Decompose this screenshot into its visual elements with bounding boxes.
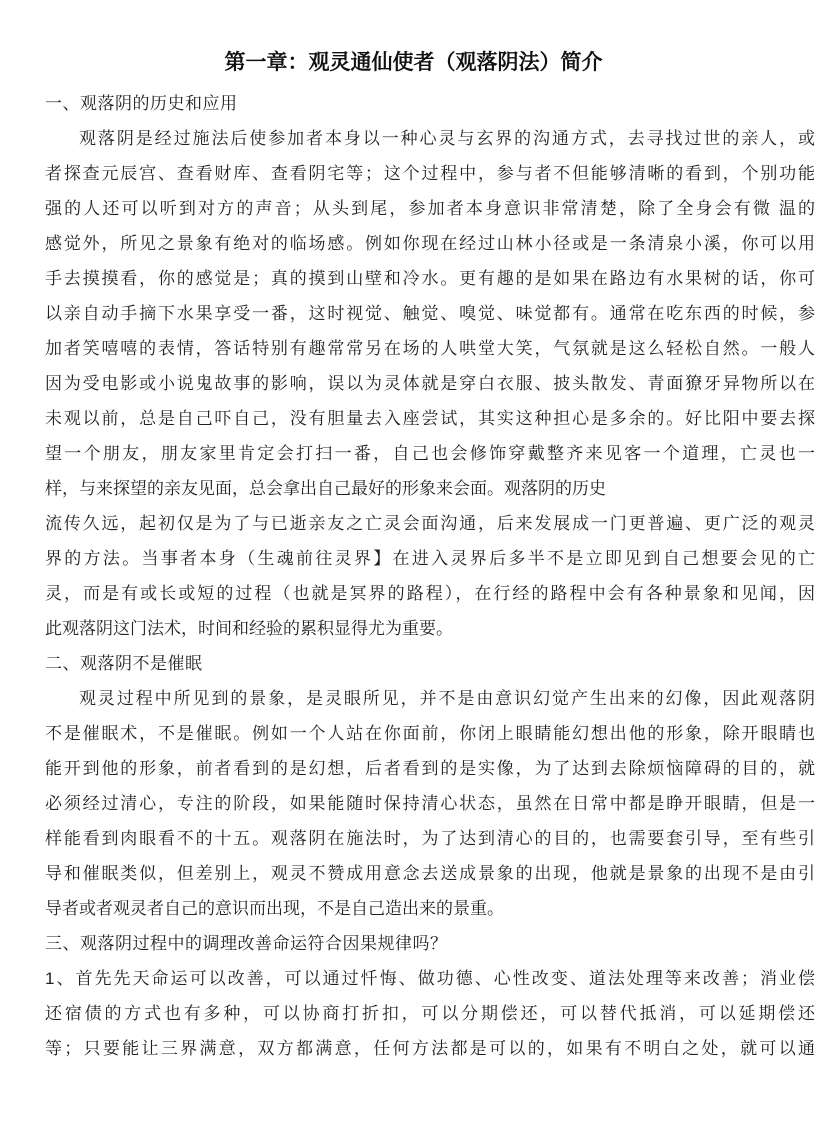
paragraph-line: 因为受电影或小说鬼故事的影响，误以为灵体就是穿白衣服、披头散发、青面獠牙异物所以…: [45, 366, 815, 401]
paragraph-line: 者探查元辰宫、查看财库、查看阴宅等；这个过程中，参与者不但能够清晰的看到，个别功…: [45, 156, 815, 191]
paragraph-line: 界的方法。当事者本身（生魂前往灵界】在进入灵界后多半不是立即见到自己想要会见的亡: [45, 541, 815, 576]
document-page: 第一章：观灵通仙使者（观落阴法）简介 一、观落阴的历史和应用观落阴是经过施法后使…: [0, 0, 827, 1132]
paragraph-line: 不是催眠术，不是催眠。例如一个人站在你面前，你闭上眼睛能幻想出他的形象，除开眼睛…: [45, 716, 815, 751]
paragraph-line: 样，与来探望的亲友见面，总会拿出自己最好的形象来会面。观落阴的历史: [45, 471, 815, 506]
paragraph-line: 等；只要能让三界满意，双方都满意，任何方法都是可以的，如果有不明白之处，就可以通: [45, 1031, 815, 1066]
paragraph-line: 必须经过清心，专注的阶段，如果能随时保持清心状态，虽然在日常中都是睁开眼睛，但是…: [45, 786, 815, 821]
paragraph-line: 强的人还可以听到对方的声音；从头到尾，参加者本身意识非常清楚，除了全身会有微 温…: [45, 191, 815, 226]
paragraph-line: 此观落阴这门法术，时间和经验的累积显得尤为重要。: [45, 611, 815, 646]
paragraph-line: 望一个朋友，朋友家里肯定会打扫一番，自己也会修饰穿戴整齐来见客一个道理，亡灵也一: [45, 436, 815, 471]
paragraph-line: 灵，而是有或长或短的过程（也就是冥界的路程），在行经的路程中会有各种景象和见闻，…: [45, 576, 815, 611]
paragraph-line: 感觉外，所见之景象有绝对的临场感。例如你现在经过山林小径或是一条清泉小溪，你可以…: [45, 226, 815, 261]
paragraph-line: 观灵过程中所见到的景象，是灵眼所见，并不是由意识幻觉产生出来的幻像，因此观落阴: [45, 681, 815, 716]
paragraph-line: 能开到他的形象，前者看到的是幻想，后者看到的是实像，为了达到去除烦恼障碍的目的，…: [45, 751, 815, 786]
paragraph-line: 手去摸摸看，你的感觉是；真的摸到山壁和冷水。更有趣的是如果在路边有水果树的话，你…: [45, 261, 815, 296]
paragraph-line: 观落阴是经过施法后使参加者本身以一种心灵与玄界的沟通方式，去寻找过世的亲人，或: [45, 121, 815, 156]
document-body: 一、观落阴的历史和应用观落阴是经过施法后使参加者本身以一种心灵与玄界的沟通方式，…: [45, 86, 815, 1066]
chapter-title: 第一章：观灵通仙使者（观落阴法）简介: [0, 48, 827, 78]
section-heading: 二、观落阴不是催眠: [45, 646, 815, 681]
section-heading: 一、观落阴的历史和应用: [45, 86, 815, 121]
paragraph-line: 导和催眠类似，但差别上，观灵不赞成用意念去送成景象的出现，他就是景象的出现不是由…: [45, 856, 815, 891]
paragraph-line: 加者笑嘻嘻的表情，答话特别有趣常常另在场的人哄堂大笑，气氛就是这么轻松自然。一般…: [45, 331, 815, 366]
paragraph-line: 未观以前，总是自己吓自己，没有胆量去入座尝试，其实这种担心是多余的。好比阳中要去…: [45, 401, 815, 436]
paragraph-line: 流传久远，起初仅是为了与已逝亲友之亡灵会面沟通，后来发展成一门更普遍、更广泛的观…: [45, 506, 815, 541]
section-heading: 三、观落阴过程中的调理改善命运符合因果规律吗？: [45, 926, 815, 961]
paragraph-line: 还宿债的方式也有多种，可以协商打折扣，可以分期偿还，可以替代抵消，可以延期偿还: [45, 996, 815, 1031]
paragraph-line: 1、首先先天命运可以改善，可以通过忏悔、做功德、心性改变、道法处理等来改善；消业…: [45, 961, 815, 996]
paragraph-line: 以亲自动手摘下水果享受一番，这时视觉、触觉、嗅觉、味觉都有。通常在吃东西的时候，…: [45, 296, 815, 331]
paragraph-line: 导者或者观灵者自己的意识而出现，不是自己造出来的景重。: [45, 891, 815, 926]
paragraph-line: 样能看到肉眼看不的十五。观落阴在施法时，为了达到清心的目的，也需要套引导，至有些…: [45, 821, 815, 856]
